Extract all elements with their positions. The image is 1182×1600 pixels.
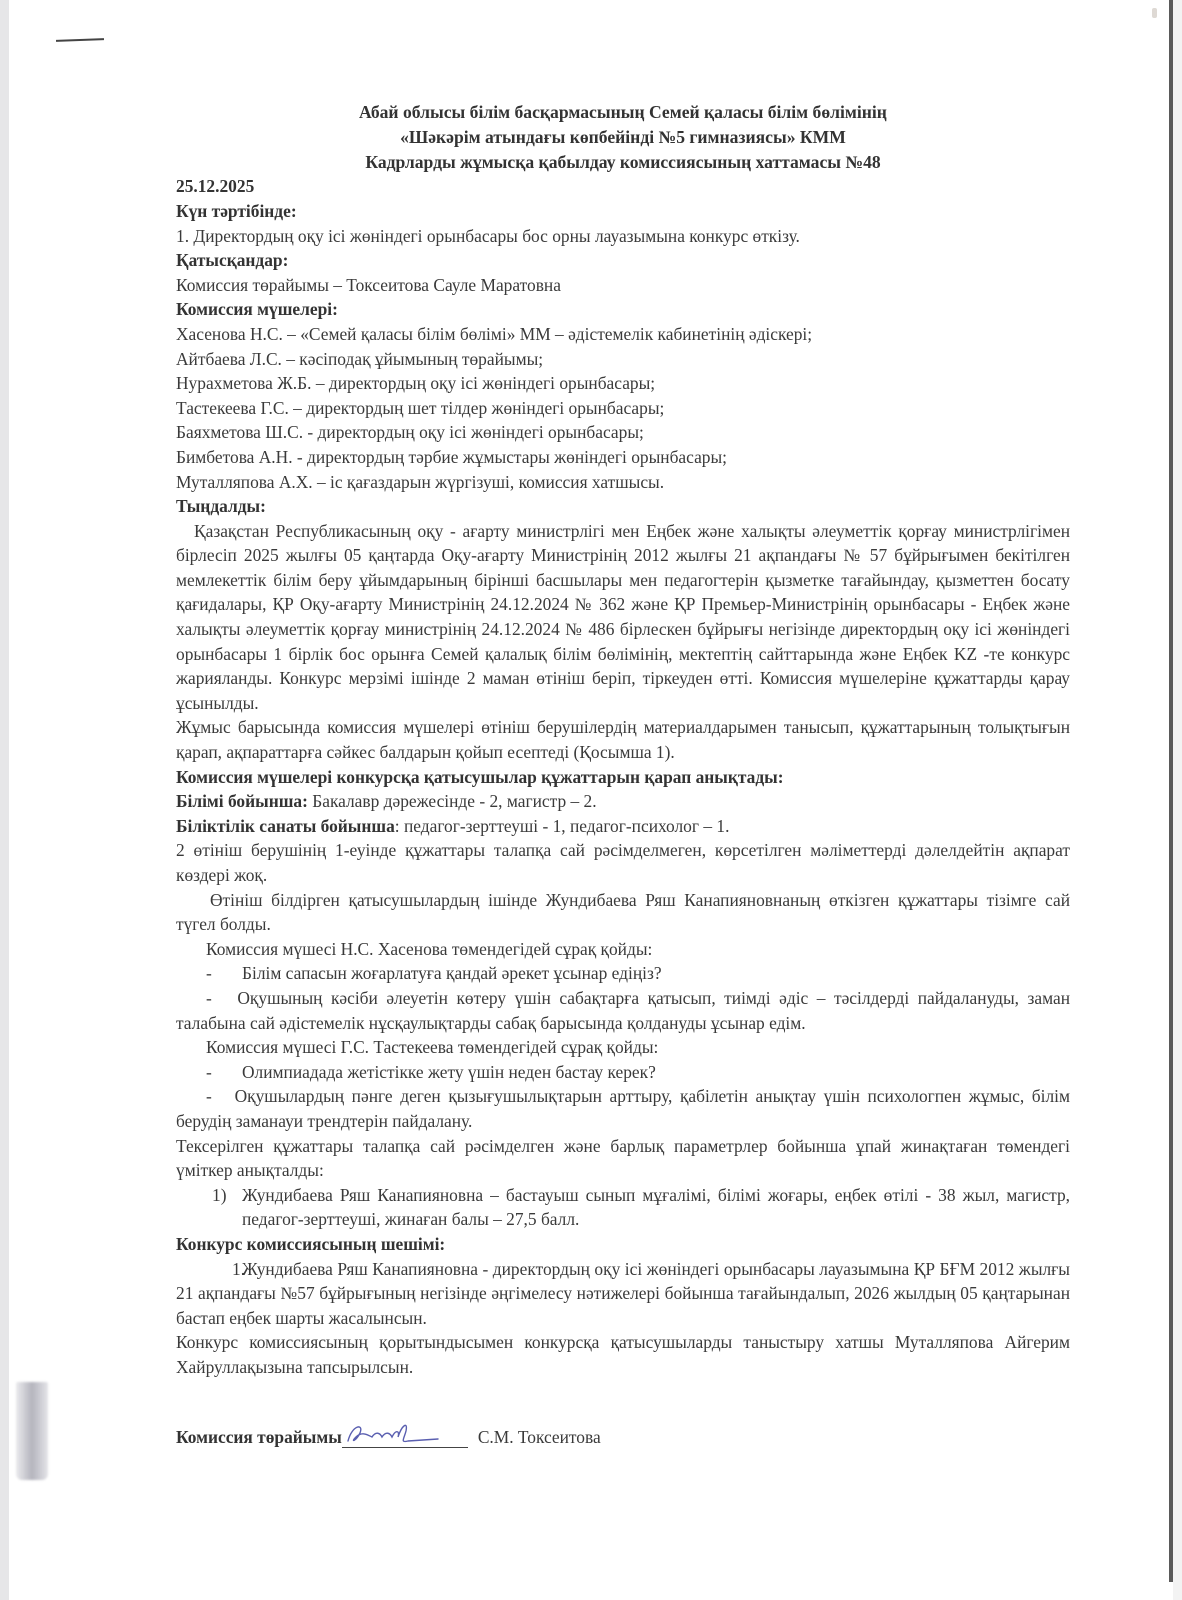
participants-heading: Қатысқандар: — [176, 248, 1070, 273]
review-heading: Комиссия мүшелері конкурсқа қатысушылар … — [176, 765, 1070, 790]
heard-paragraph-1: Қазақстан Республикасының оқу - ағарту м… — [176, 519, 1070, 716]
education-line: Білімі бойынша: Бакалавр дәрежесінде - 2… — [176, 789, 1070, 814]
document-page: Абай облысы білім басқармасының Семей қа… — [176, 100, 1070, 1379]
header-line-3: Кадрларды жұмысқа қабылдау комиссиясының… — [176, 150, 1070, 175]
dash-bullet: - — [206, 988, 212, 1008]
decision-number: 1. — [204, 1257, 242, 1282]
scan-left-edge — [0, 0, 9, 1600]
member-item: Тастекеева Г.С. – директордың шет тілдер… — [176, 396, 1070, 421]
scan-smudge — [16, 1382, 48, 1480]
dash-bullet: - — [206, 961, 242, 986]
agenda-heading: Күн тәртібінде: — [176, 199, 1070, 224]
signature-line — [342, 1425, 468, 1448]
education-label: Білімі бойынша: — [176, 791, 308, 811]
document-header: Абай облысы білім басқармасының Семей қа… — [176, 100, 1070, 174]
header-line-1: Абай облысы білім басқармасының Семей қа… — [176, 100, 1070, 125]
handwritten-signature-icon — [342, 1419, 468, 1449]
heard-paragraph-2: Жұмыс барысында комиссия мүшелері өтініш… — [176, 715, 1070, 764]
signature-block: Комиссия төрайымы С.М. Токсеитова — [176, 1425, 601, 1448]
review-note-2: Өтініш білдірген қатысушылардың ішінде Ж… — [176, 888, 1070, 937]
scan-right-margin — [1173, 0, 1182, 1600]
scan-speck — [1152, 8, 1157, 18]
header-line-2: «Шәкәрім атындағы көпбейінді №5 гимназия… — [176, 125, 1070, 150]
participants-chair: Комиссия төрайымы – Токсеитова Сауле Мар… — [176, 273, 1070, 298]
question-1-text: Білім сапасын жоғарлатуға қандай әрекет … — [242, 961, 662, 986]
member-item: Айтбаева Л.С. – кәсіподақ ұйымының төрай… — [176, 347, 1070, 372]
answer-2: - Оқушылардың пәнге деген қызығушылықтар… — [176, 1084, 1070, 1133]
member-item: Хасенова Н.С. – «Семей қаласы білім бөлі… — [176, 322, 1070, 347]
decision-followup: Конкурс комиссиясының қорытындысымен кон… — [176, 1330, 1070, 1379]
document-date: 25.12.2025 — [176, 174, 1070, 199]
candidate-item: 1)Жундибаева Ряш Канапияновна – бастауыш… — [176, 1183, 1070, 1232]
result-intro: Тексерілген құжаттары талапқа сай рәсімд… — [176, 1134, 1070, 1183]
question-1: -Білім сапасын жоғарлатуға қандай әрекет… — [176, 961, 1070, 986]
education-value: Бакалавр дәрежесінде - 2, магистр – 2. — [308, 791, 597, 811]
decision-text: Жундибаева Ряш Канапияновна - директорды… — [176, 1259, 1070, 1328]
question-1-intro: Комиссия мүшесі Н.С. Хасенова төмендегід… — [176, 937, 1070, 962]
decision-item: 1.Жундибаева Ряш Канапияновна - директор… — [176, 1257, 1070, 1331]
member-item: Муталляпова А.Х. – іс қағаздарын жүргізу… — [176, 470, 1070, 495]
candidate-text: Жундибаева Ряш Канапияновна – бастауыш с… — [242, 1185, 1070, 1230]
category-value: : педагог-зерттеуші - 1, педагог-психоло… — [395, 816, 730, 836]
answer-1: - Оқушының кәсіби әлеуетін көтеру үшін с… — [176, 986, 1070, 1035]
signature-label: Комиссия төрайымы — [176, 1427, 342, 1448]
question-2-text: Олимпиадада жетістікке жету үшін неден б… — [242, 1060, 656, 1085]
dash-bullet: - — [206, 1086, 212, 1106]
member-item: Нурахметова Ж.Б. – директордың оқу ісі ж… — [176, 371, 1070, 396]
category-label: Біліктілік санаты бойынша — [176, 816, 395, 836]
member-item: Баяхметова Ш.С. - директордың оқу ісі жө… — [176, 420, 1070, 445]
heard-heading: Тыңдалды: — [176, 494, 1070, 519]
question-2-intro: Комиссия мүшесі Г.С. Тастекеева төмендег… — [176, 1035, 1070, 1060]
category-line: Біліктілік санаты бойынша: педагог-зертт… — [176, 814, 1070, 839]
answer-1-text: Оқушының кәсіби әлеуетін көтеру үшін саб… — [176, 988, 1070, 1033]
dash-bullet: - — [206, 1060, 242, 1085]
decision-heading: Конкурс комиссиясының шешімі: — [176, 1232, 1070, 1257]
answer-2-text: Оқушылардың пәнге деген қызығушылықтарын… — [176, 1086, 1070, 1131]
member-item: Бимбетова А.Н. - директордың тәрбие жұмы… — [176, 445, 1070, 470]
review-note-1: 2 өтініш берушінің 1-еуінде құжаттары та… — [176, 838, 1070, 887]
signature-name: С.М. Токсеитова — [478, 1427, 601, 1448]
scan-pen-mark — [56, 38, 104, 42]
members-heading: Комиссия мүшелері: — [176, 297, 1070, 322]
question-2: -Олимпиадада жетістікке жету үшін неден … — [176, 1060, 1070, 1085]
candidate-number: 1) — [212, 1183, 242, 1208]
agenda-item: 1. Директордың оқу ісі жөніндегі орынбас… — [176, 224, 1070, 249]
members-list: Хасенова Н.С. – «Семей қаласы білім бөлі… — [176, 322, 1070, 494]
